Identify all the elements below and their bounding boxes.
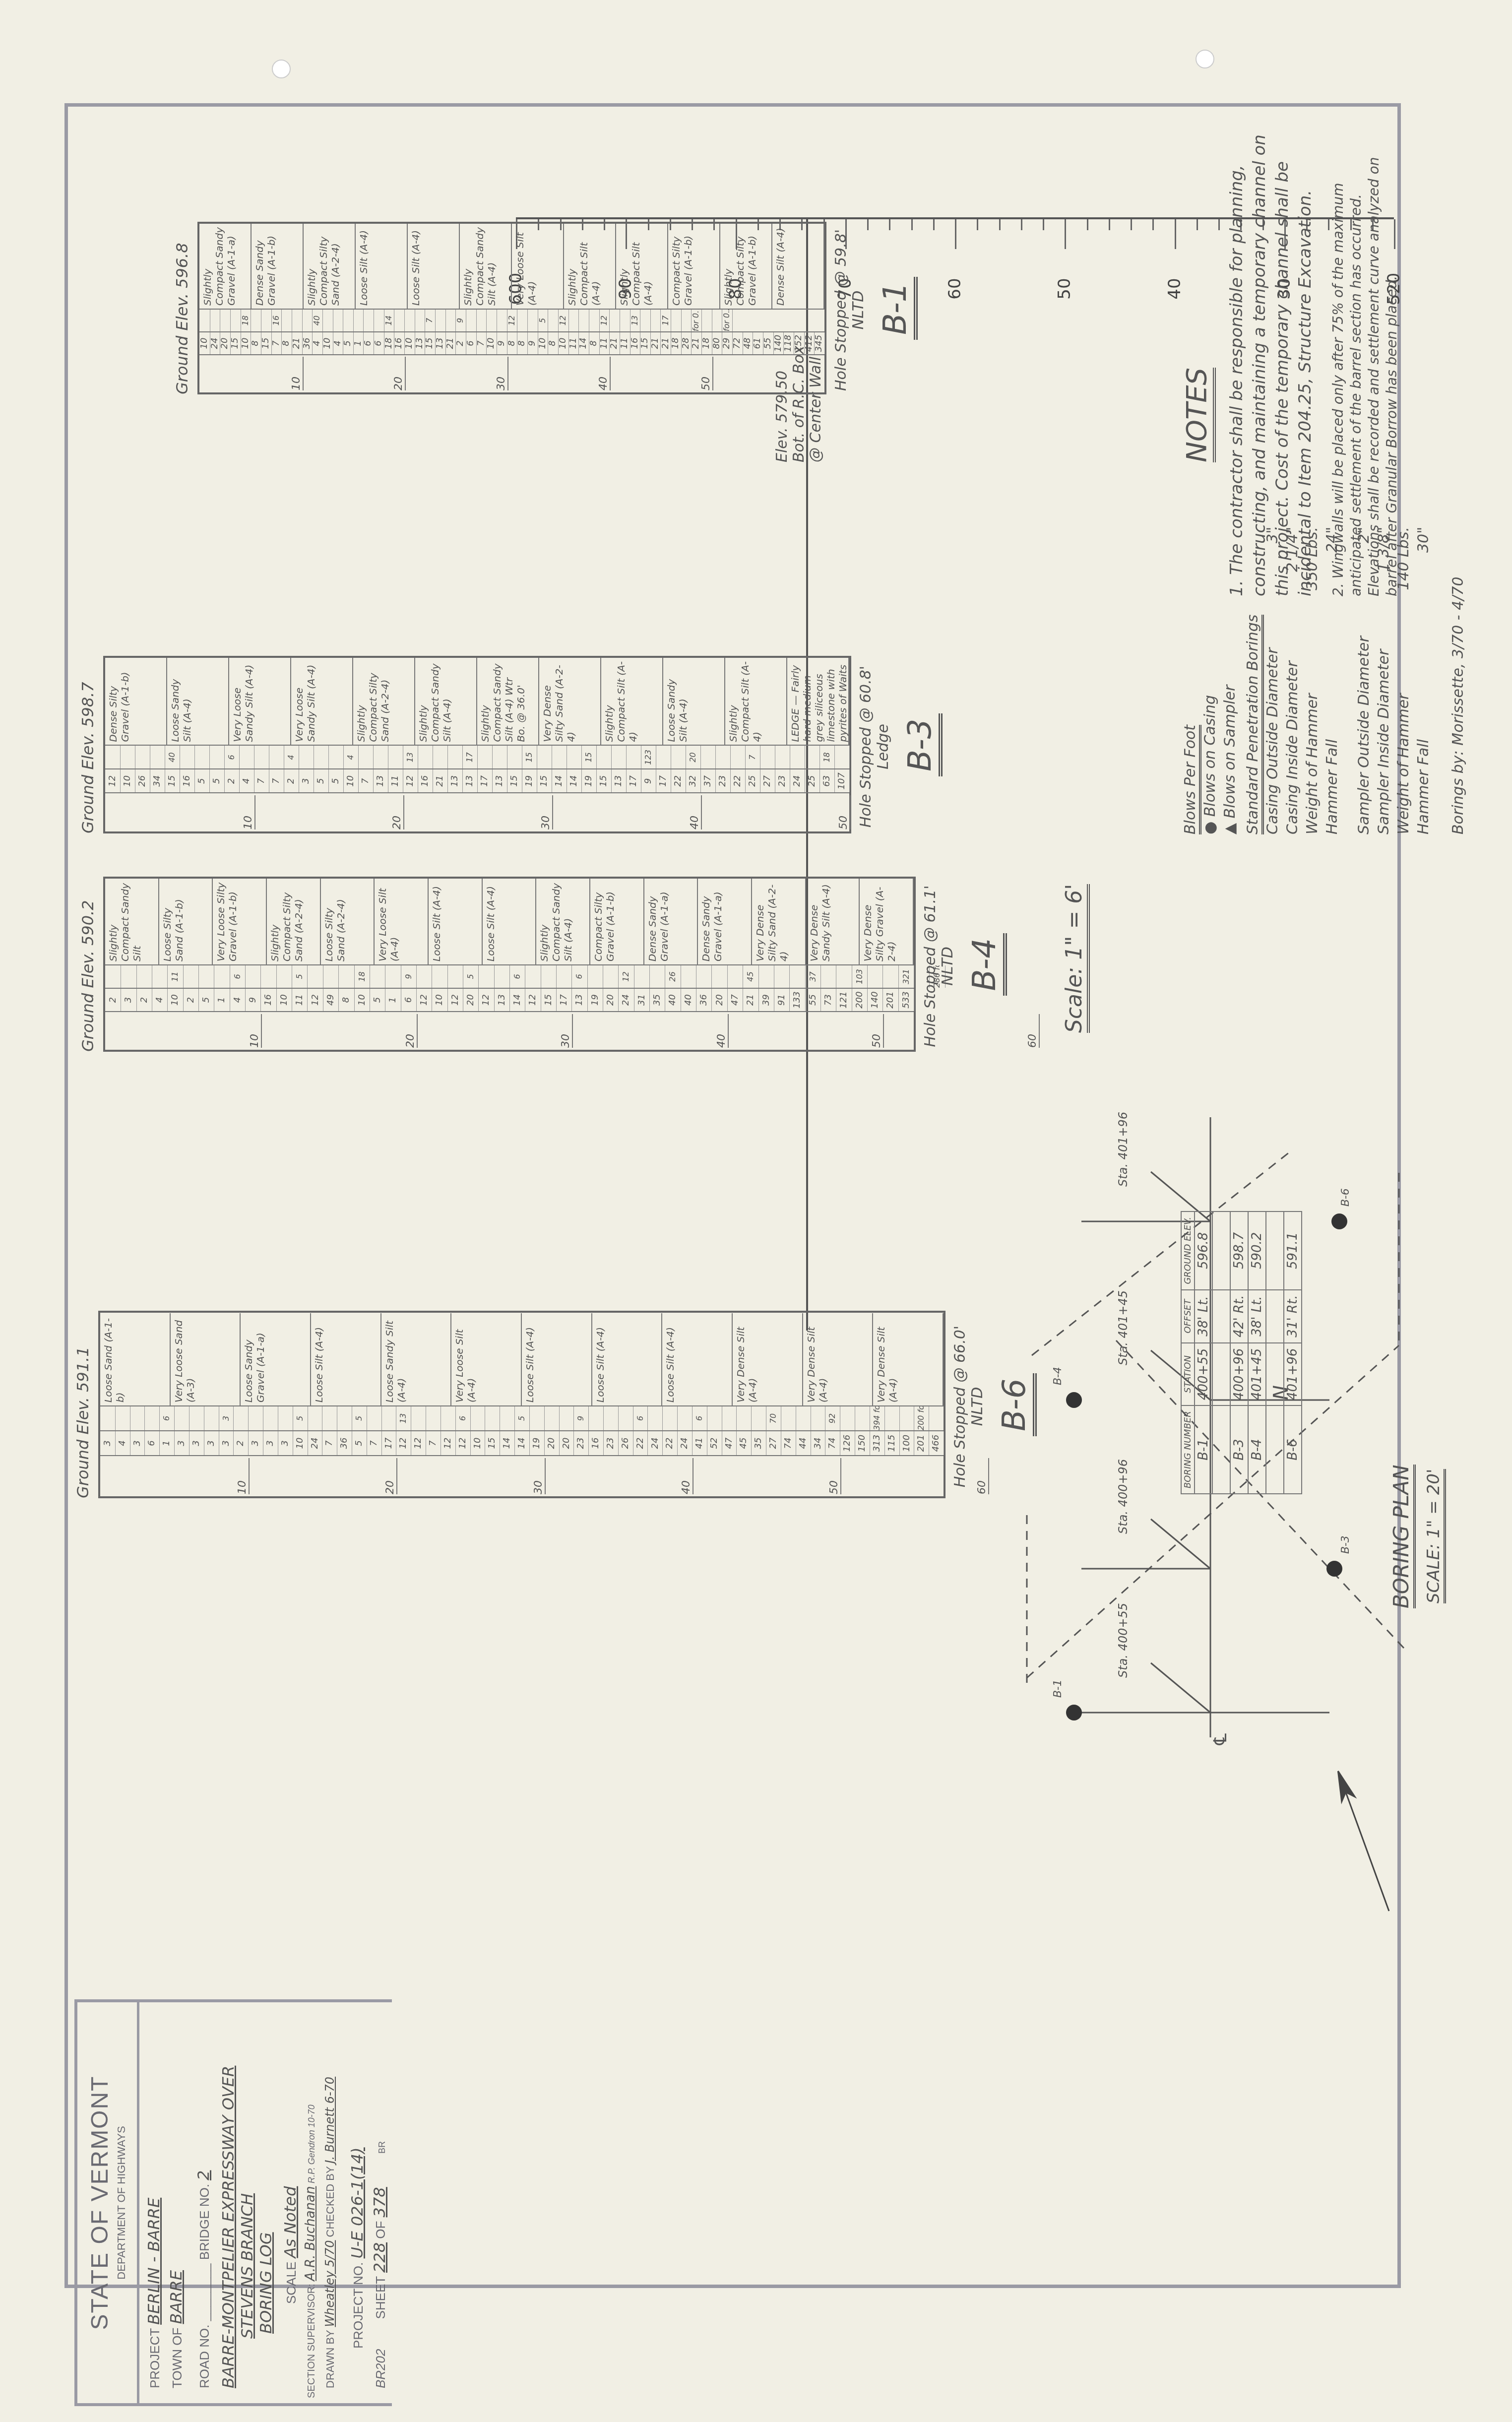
station-table-cell	[1212, 1405, 1230, 1494]
plan-boring-label: B-4	[1052, 1367, 1064, 1385]
station-table-cell: B-6	[1284, 1405, 1302, 1494]
field-label: BRIDGE NO.	[197, 2184, 212, 2260]
town-value: BARRE	[167, 2270, 186, 2324]
station-table-row: B-4401+4538' Lt.590.2	[1248, 1211, 1266, 1494]
spt-spec-label: Casing Outside Diameter	[1263, 648, 1283, 834]
station-table-header-cell: OFFSET	[1181, 1290, 1195, 1343]
station-table-cell	[1266, 1343, 1284, 1406]
drawn-value: Wheatley 5/70	[323, 2240, 337, 2327]
station-table-cell: B-1	[1195, 1405, 1212, 1494]
station-table-cell	[1212, 1290, 1230, 1343]
station-table-cell	[1212, 1343, 1230, 1406]
plan-boring-label: B-1	[1052, 1679, 1064, 1698]
station-table-cell: 38' Lt.	[1248, 1290, 1266, 1343]
spt-title: Standard Penetration Borings	[1244, 615, 1264, 834]
station-table-cell: 598.7	[1230, 1211, 1248, 1290]
stamp: BR	[377, 2141, 387, 2154]
description-line: STEVENS BRANCH	[238, 2066, 256, 2388]
title-block-project: PROJECT BERLIN - BARRE	[144, 2198, 163, 2388]
station-table-row: B-1400+5538' Lt.596.8	[1195, 1211, 1212, 1494]
spt-spec-label: Casing Inside Diameter	[1283, 661, 1303, 834]
field-label: PROJECT	[147, 2328, 162, 2388]
plan-station-label: Sta. 401+96	[1116, 1112, 1130, 1187]
note-2: 2. Wingwalls will be placed only after 7…	[1329, 125, 1401, 596]
spt-spec-row: Hammer Fall30"	[1414, 527, 1434, 834]
station-table-header-cell: BORING NUMBER	[1181, 1405, 1195, 1494]
legend-title: Blows Per Foot	[1182, 725, 1201, 834]
note-text: Wingwalls will be placed only after 75% …	[1330, 157, 1400, 596]
station-table-cell: 400+55	[1195, 1343, 1212, 1406]
plan-boring-label: B-3	[1339, 1535, 1352, 1554]
station-table-cell: 42' Rt.	[1230, 1290, 1248, 1343]
note-1: 1. The contractor shall be responsible f…	[1225, 125, 1317, 596]
spt-spec-label: Weight of Hammer	[1394, 694, 1414, 834]
sheet-total: 378	[370, 2187, 389, 2217]
title-block-drawn-checked: DRAWN BY Wheatley 5/70 CHECKED BY J. Bur…	[323, 2077, 337, 2388]
station-table-header-cell: STATION	[1181, 1343, 1195, 1406]
plan-station-label: Sta. 400+55	[1116, 1603, 1130, 1678]
title-block-road: ROAD NO. ________ BRIDGE NO. 2	[194, 2170, 213, 2388]
spt-spec-label: Sampler Inside Diameter	[1374, 649, 1394, 834]
field-label: OF	[373, 2221, 388, 2239]
centerline-symbol: ℄	[1210, 1731, 1231, 1747]
title-block: STATE OF VERMONT DEPARTMENT OF HIGHWAYS …	[74, 1999, 392, 2406]
spt-spec-label: Hammer Fall	[1414, 739, 1434, 834]
title-block-state: STATE OF VERMONT	[86, 2002, 114, 2403]
field-label: DRAWN BY	[324, 2330, 336, 2388]
boring-station-table: BORING NUMBERSTATIONOFFSETGROUND ELEV. B…	[1181, 1211, 1302, 1494]
title-block-supervisor: SECTION SUPERVISOR: A.R. Buchanan R.P. G…	[303, 2104, 318, 2398]
station-table-row: B-3400+9642' Rt.598.7	[1230, 1211, 1248, 1494]
supervisor-signature: R.P. Gendron 10-70	[307, 2104, 316, 2183]
note-text: The contractor shall be responsible for …	[1227, 134, 1315, 596]
spt-spec-label: Weight of Hammer	[1303, 694, 1323, 834]
plan-boring-label: B-6	[1339, 1188, 1352, 1207]
station-table-cell	[1212, 1211, 1230, 1290]
station-table-cell	[1266, 1211, 1284, 1290]
station-table-cell: 31' Rt.	[1284, 1290, 1302, 1343]
title-block-scale: SCALE As Noted	[281, 2186, 300, 2304]
description-line: BORING LOG	[256, 2066, 275, 2388]
station-table-row	[1266, 1211, 1284, 1494]
station-table-cell: 401+45	[1248, 1343, 1266, 1406]
station-table-cell: 590.2	[1248, 1211, 1266, 1290]
legend-item-casing: ● Blows on Casing	[1200, 527, 1220, 834]
spt-spec-value: 30"	[1414, 527, 1434, 553]
title-block-department: DEPARTMENT OF HIGHWAYS	[115, 2002, 128, 2403]
field-label: TOWN OF	[170, 2328, 185, 2388]
station-table-header-cell: GROUND ELEV.	[1181, 1211, 1195, 1290]
boring-plan-scale: SCALE: 1" = 20'	[1424, 1469, 1446, 1603]
boring-plan-title: BORING PLAN	[1389, 1465, 1416, 1608]
dot-icon: ●	[1201, 822, 1219, 834]
title-block-sheet: BR202SHEET 228 OF 378 BR	[370, 2141, 389, 2388]
spt-spec-label: Sampler Outside Diameter	[1354, 636, 1374, 834]
project-value: BERLIN - BARRE	[144, 2198, 163, 2325]
station-table-cell	[1266, 1405, 1284, 1494]
borings-by: Borings by: Morissette, 3/70 - 4/70	[1449, 527, 1468, 834]
plan-station-label: Sta. 401+45	[1116, 1290, 1130, 1365]
note-number: 1.	[1227, 580, 1247, 596]
scale-value: As Noted	[281, 2186, 300, 2258]
title-block-description: BARRE-MONTPELIER EXPRESSWAY OVER STEVENS…	[219, 2066, 275, 2388]
station-table-cell: 38' Lt.	[1195, 1290, 1212, 1343]
title-block-project-no: PROJECT NO. U-E 026-1(14)	[348, 2147, 367, 2349]
field-label: SHEET	[373, 2276, 388, 2319]
title-block-town: TOWN OF BARRE	[167, 2270, 186, 2388]
station-table-cell: 401+96	[1284, 1343, 1302, 1406]
legend-label: Blows on Sampler	[1221, 685, 1239, 819]
project-no-value: U-E 026-1(14)	[348, 2147, 367, 2258]
field-label: CHECKED BY	[324, 2167, 336, 2237]
field-label: SECTION SUPERVISOR:	[306, 2284, 317, 2398]
supervisor-value: A.R. Buchanan	[303, 2186, 318, 2281]
station-table-row: B-6401+9631' Rt.591.1	[1284, 1211, 1302, 1494]
station-table-cell: B-4	[1248, 1405, 1266, 1494]
file-code: BR202	[373, 2349, 388, 2389]
station-table-cell: 596.8	[1195, 1211, 1212, 1290]
station-table-row	[1212, 1211, 1230, 1494]
sheet-number: 228	[370, 2242, 389, 2273]
bridge-value: 2	[194, 2170, 213, 2180]
description-line: BARRE-MONTPELIER EXPRESSWAY OVER	[219, 2066, 238, 2388]
note-number: 2.	[1330, 583, 1346, 596]
legend-label: Blows on Casing	[1201, 695, 1219, 817]
triangle-icon: ▲	[1221, 823, 1239, 834]
legend: Blows Per Foot ● Blows on Casing ▲ Blows…	[1181, 527, 1468, 834]
field-label: SCALE	[284, 2262, 299, 2304]
plan-station-label: Sta. 400+96	[1116, 1459, 1130, 1534]
station-table-header: BORING NUMBERSTATIONOFFSETGROUND ELEV.	[1181, 1211, 1195, 1494]
notes-title: NOTES	[1181, 368, 1216, 462]
field-label: PROJECT NO.	[351, 2262, 366, 2349]
station-table-cell: 591.1	[1284, 1211, 1302, 1290]
station-table-cell: B-3	[1230, 1405, 1248, 1494]
station-table-cell: 400+96	[1230, 1343, 1248, 1406]
checked-value: J. Burnett 6-70	[323, 2077, 337, 2164]
station-table-cell	[1266, 1290, 1284, 1343]
spt-spec-label: Hammer Fall	[1323, 739, 1342, 834]
field-label: ROAD NO.	[197, 2324, 212, 2388]
